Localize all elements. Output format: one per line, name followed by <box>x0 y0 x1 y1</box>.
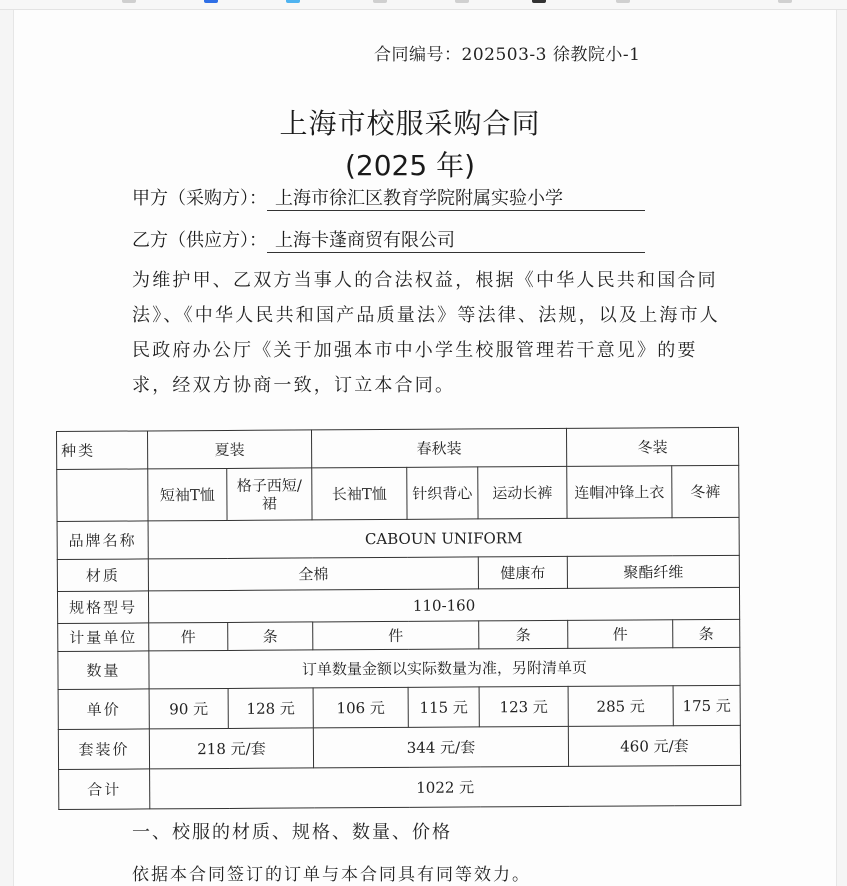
material-label: 材质 <box>57 559 148 592</box>
toolbar-icon-1[interactable] <box>122 0 136 3</box>
unit-price: 285 元 <box>568 686 673 727</box>
toolbar-icon-2[interactable] <box>204 0 218 3</box>
set-price-summer: 218 元/套 <box>149 728 313 769</box>
unit-value: 条 <box>673 619 740 647</box>
toolbar-icon-8[interactable] <box>778 0 792 3</box>
viewer-toolbar <box>0 0 847 10</box>
unit-value: 条 <box>479 620 568 649</box>
section-1-text: 依据本合同签订的订单与本合同具有同等效力。 <box>132 860 531 885</box>
toolbar-icon-4[interactable] <box>373 0 387 3</box>
quantity-value: 订单数量金额以实际数量为准，另附清单页 <box>149 647 740 689</box>
toolbar-icon-6[interactable] <box>532 0 546 3</box>
unit-price-label: 单价 <box>58 689 149 730</box>
unit-price: 128 元 <box>228 688 313 729</box>
item-name: 长袖T恤 <box>312 467 407 520</box>
total-label: 合计 <box>59 769 150 810</box>
document-title: 上海市校服采购合同 <box>0 102 821 142</box>
spec-value: 110-160 <box>148 587 739 623</box>
party-a-label: 甲方（采购方）： <box>132 188 267 209</box>
material-health-fabric: 健康布 <box>478 556 567 589</box>
document-page: 合同编号：202503-3 徐教院小-1 上海市校服采购合同 (2025 年) … <box>13 10 837 886</box>
uniform-spec-table: 种类 夏装 春秋装 冬装 短袖T恤 格子西短/裙 长袖T恤 针织背心 运动长裤 … <box>56 427 741 810</box>
unit-value: 条 <box>228 622 313 651</box>
material-polyester: 聚酯纤维 <box>567 555 739 588</box>
party-b-label: 乙方（供应方）： <box>132 230 267 251</box>
item-name: 针织背心 <box>407 467 478 519</box>
unit-price: 106 元 <box>313 687 408 728</box>
party-a: 甲方（采购方）：上海市徐汇区教育学院附属实验小学 <box>132 184 645 211</box>
toolbar-icon-7[interactable] <box>616 0 630 3</box>
unit-value: 件 <box>313 621 479 650</box>
item-name: 冬裤 <box>672 465 739 517</box>
unit-price: 115 元 <box>408 687 479 727</box>
set-price-spring-autumn: 344 元/套 <box>313 726 568 768</box>
item-label-empty <box>57 469 148 522</box>
quantity-label: 数量 <box>58 651 149 690</box>
preamble-paragraph: 为维护甲、乙双方当事人的合法权益，根据《中华人民共和国合同法》、《中华人民共和国… <box>132 263 732 403</box>
unit-price: 175 元 <box>673 685 740 725</box>
contract-number: 合同编号：202503-3 徐教院小-1 <box>374 40 640 65</box>
item-name: 连帽冲锋上衣 <box>567 466 672 519</box>
item-name: 短袖T恤 <box>148 468 227 520</box>
set-price-winter: 460 元/套 <box>568 725 740 766</box>
category-spring-autumn: 春秋装 <box>311 428 566 468</box>
unit-value: 件 <box>149 622 228 650</box>
toolbar-icon-5[interactable] <box>455 0 469 3</box>
unit-label: 计量单位 <box>58 623 149 652</box>
party-a-value: 上海市徐汇区教育学院附属实验小学 <box>267 188 645 211</box>
brand-label: 品牌名称 <box>57 521 148 560</box>
category-winter: 冬装 <box>566 427 738 466</box>
category-label: 种类 <box>57 431 148 470</box>
unit-price: 90 元 <box>149 688 228 728</box>
material-cotton: 全棉 <box>148 557 478 591</box>
total-value: 1022 元 <box>150 765 741 809</box>
section-1-heading: 一、校服的材质、规格、数量、价格 <box>132 818 452 844</box>
unit-value: 件 <box>568 620 673 649</box>
category-summer: 夏装 <box>148 430 312 469</box>
item-name: 格子西短/裙 <box>227 468 312 521</box>
item-name: 运动长裤 <box>478 466 567 519</box>
toolbar-icon-3[interactable] <box>286 0 300 3</box>
spec-label: 规格型号 <box>57 591 148 624</box>
brand-value: CABOUN UNIFORM <box>148 517 739 559</box>
set-price-label: 套装价 <box>58 729 149 770</box>
party-b: 乙方（供应方）：上海卡蓬商贸有限公司 <box>132 226 645 253</box>
unit-price: 123 元 <box>479 686 568 727</box>
document-subtitle: (2025 年) <box>0 144 821 184</box>
party-b-value: 上海卡蓬商贸有限公司 <box>267 230 645 253</box>
